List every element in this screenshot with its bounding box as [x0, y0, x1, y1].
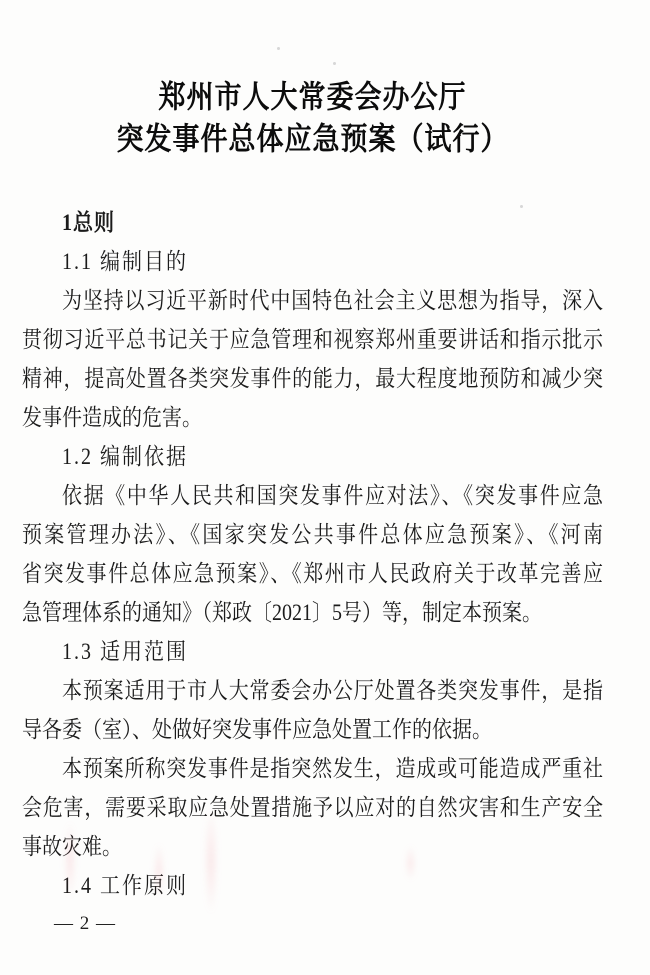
document-body: 1总则 1.1 编制目的 为坚持以习近平新时代中国特色社会主义思想为指导，深入 … — [22, 204, 603, 906]
document-title: 郑州市人大常委会办公厅 突发事件总体应急预案（试行） — [22, 76, 603, 160]
scan-speck — [277, 47, 280, 50]
page-number: — 2 — — [54, 910, 116, 938]
scan-speck — [333, 62, 336, 65]
heading-section-1-4: 1.4 工作原则 — [22, 864, 603, 909]
document-title-line-2: 突发事件总体应急预案（试行） — [22, 115, 603, 163]
document-page: 郑州市人大常委会办公厅 突发事件总体应急预案（试行） 1总则 1.1 编制目的 … — [0, 0, 650, 975]
